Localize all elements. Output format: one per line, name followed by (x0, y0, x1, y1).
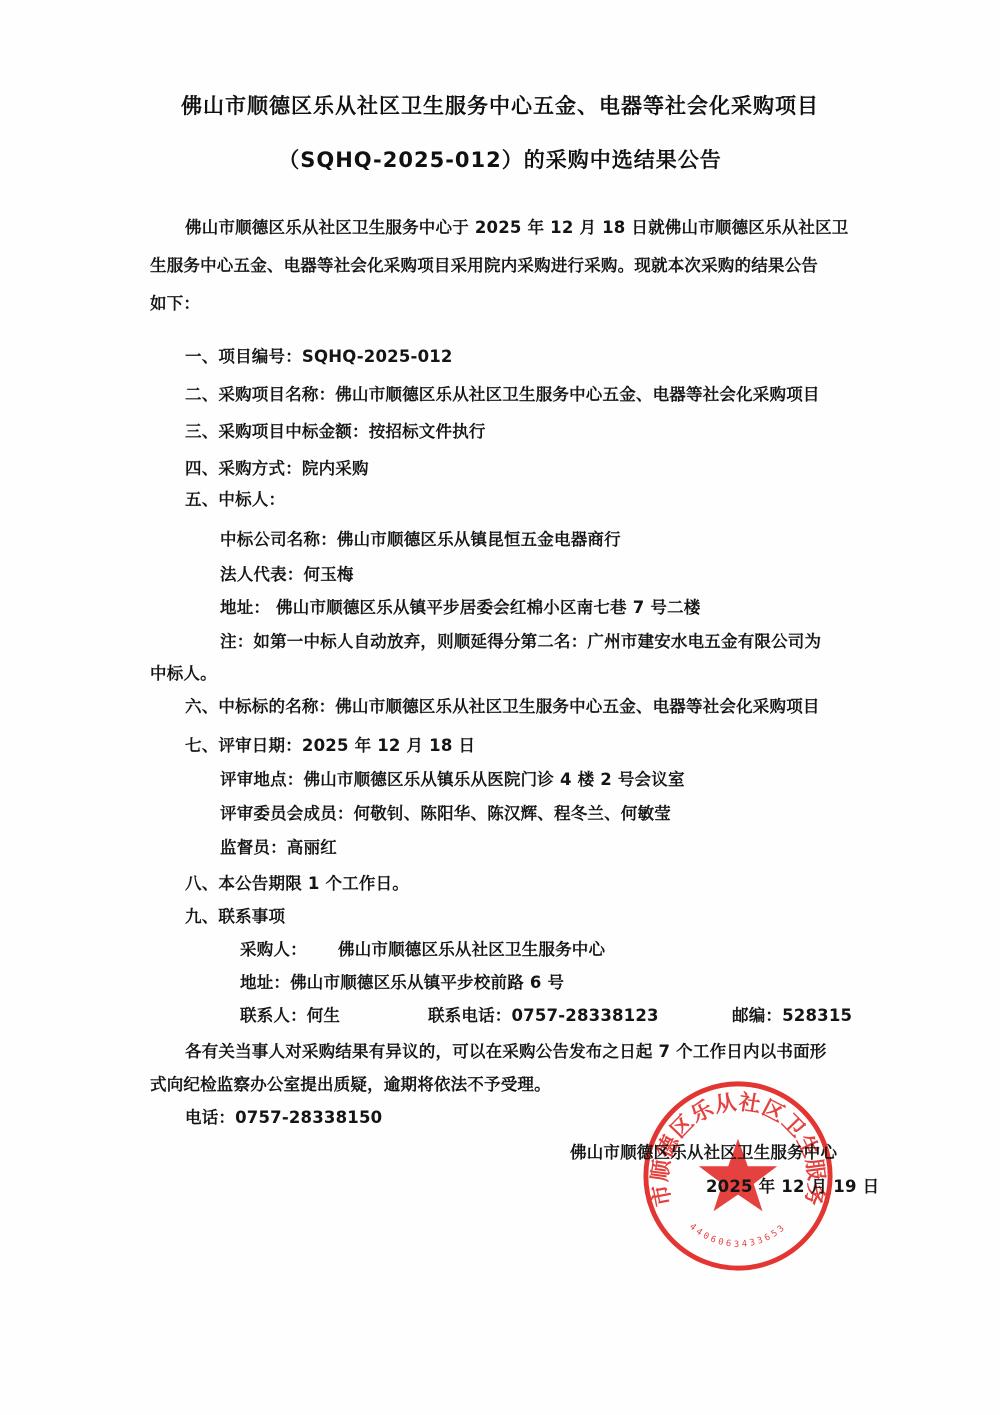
winner-address: 地址： 佛山市顺德区乐从镇平步居委会红棉小区南七巷 7 号二楼 (220, 598, 700, 618)
section-9-contact: 九、联系事项 (185, 907, 285, 927)
document-title-line2: （SQHQ-2025-012）的采购中选结果公告 (0, 146, 1000, 174)
contact-person: 联系人：何生 (240, 1006, 340, 1026)
document-title-line1: 佛山市顺德区乐从社区卫生服务中心五金、电器等社会化采购项目 (0, 92, 1000, 120)
section-1-project-number: 一、项目编号：SQHQ-2025-012 (185, 347, 453, 367)
objection-phone: 电话：0757-28338150 (185, 1108, 382, 1128)
purchaser-address: 地址：佛山市顺德区乐从镇平步校前路 6 号 (240, 973, 564, 993)
review-committee: 评审委员会成员：何敬钊、陈阳华、陈汉辉、程冬兰、何敏莹 (220, 804, 671, 824)
section-5-winner: 五、中标人： (185, 490, 285, 510)
intro-line-1: 佛山市顺德区乐从社区卫生服务中心于 2025 年 12 月 18 日就佛山市顺德… (185, 218, 849, 238)
objection-line-2: 式向纪检监察办公室提出质疑，逾期将依法不予受理。 (150, 1075, 551, 1095)
official-seal-stamp: 佛山市顺德区乐从社区卫生服务中心 4406063433653 (640, 1078, 836, 1274)
purchaser-label: 采购人： (240, 940, 307, 960)
document-page: 佛山市顺德区乐从社区卫生服务中心五金、电器等社会化采购项目 （SQHQ-2025… (0, 0, 1000, 1415)
section-3-bid-amount: 三、采购项目中标金额：按招标文件执行 (185, 422, 486, 442)
intro-line-3: 如下： (150, 294, 200, 314)
section-6-subject-name: 六、中标标的名称：佛山市顺德区乐从社区卫生服务中心五金、电器等社会化采购项目 (185, 697, 820, 717)
signature-organization: 佛山市顺德区乐从社区卫生服务中心 (570, 1143, 837, 1163)
review-location: 评审地点：佛山市顺德区乐从镇乐从医院门诊 4 楼 2 号会议室 (220, 770, 685, 790)
svg-text:4406063433653: 4406063433653 (687, 1222, 789, 1250)
objection-line-1: 各有关当事人对采购结果有异议的，可以在采购公告发布之日起 7 个工作日内以书面形 (185, 1042, 826, 1062)
purchaser-name: 佛山市顺德区乐从社区卫生服务中心 (338, 940, 605, 960)
review-supervisor: 监督员：高丽红 (220, 838, 337, 858)
signature-date: 2025 年 12 月 19 日 (706, 1177, 879, 1197)
section-8-notice-period: 八、本公告期限 1 个工作日。 (185, 874, 409, 894)
section-2-project-name: 二、采购项目名称：佛山市顺德区乐从社区卫生服务中心五金、电器等社会化采购项目 (185, 385, 820, 405)
section-7-review-date: 七、评审日期：2025 年 12 月 18 日 (185, 736, 475, 756)
winner-note-line-2: 中标人。 (150, 664, 217, 684)
winner-note-line-1: 注：如第一中标人自动放弃，则顺延得分第二名：广州市建安水电五金有限公司为 (220, 632, 821, 652)
section-4-procurement-method: 四、采购方式：院内采购 (185, 459, 369, 479)
winner-company: 中标公司名称：佛山市顺德区乐从镇昆恒五金电器商行 (220, 530, 621, 550)
winner-legal-rep: 法人代表：何玉梅 (220, 565, 354, 585)
intro-line-2: 生服务中心五金、电器等社会化采购项目采用院内采购进行采购。现就本次采购的结果公告 (150, 256, 818, 276)
contact-phone: 联系电话：0757-28338123 (428, 1006, 659, 1026)
postcode: 邮编：528315 (732, 1006, 852, 1026)
